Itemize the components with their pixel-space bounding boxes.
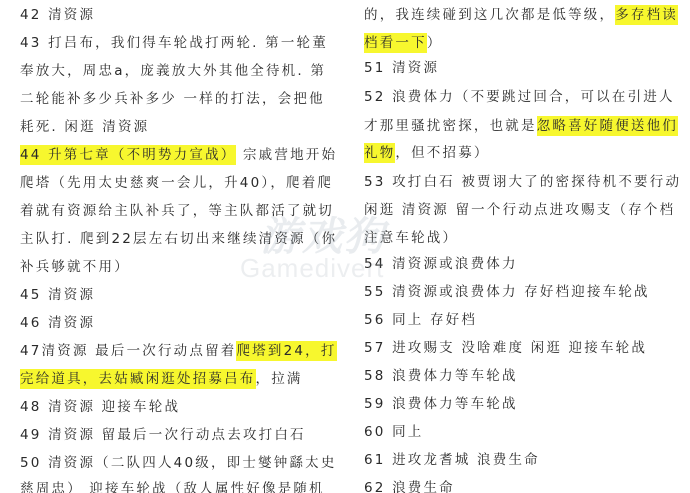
text-segment: 51 清资源 [364, 60, 439, 76]
text-segment: 闲逛 清资源 留一个行动点进攻赐支（存个档 [364, 202, 675, 218]
text-line: 42 清资源 [20, 5, 95, 25]
text-segment: 56 同上 存好档 [364, 312, 477, 328]
text-line: 52 浪费体力（不要跳过回合，可以在引进人 [364, 87, 675, 107]
highlighted-text: 44 升第七章（不明势力宣战） [20, 145, 236, 165]
text-line: 48 清资源 迎接车轮战 [20, 397, 180, 417]
text-segment: 58 浪费体力等车轮战 [364, 368, 518, 384]
text-line: 54 清资源或浪费体力 [364, 254, 518, 274]
highlighted-text: 档看一下 [364, 33, 427, 53]
text-line: 50 清资源（二队四人40级，即士燮钟繇太史 [20, 453, 337, 473]
text-segment: 慈周忠） 迎接车轮战（敌人属性好像是随机 [20, 481, 325, 493]
text-segment: 48 清资源 迎接车轮战 [20, 399, 180, 415]
text-line: 着就有资源给主队补兵了，等主队都活了就切 [20, 201, 334, 221]
text-line: 礼物，但不招募） [364, 143, 490, 163]
highlighted-text: 多存档读 [615, 5, 678, 25]
text-line: 53 攻打白石 被贾诩大了的密探待机不要行动 [364, 172, 681, 192]
text-segment: 50 清资源（二队四人40级，即士燮钟繇太史 [20, 455, 337, 471]
text-segment: 奉放大，周忠a，庞義放大外其他全待机. 第 [20, 63, 326, 79]
text-segment: 补兵够就不用） [20, 259, 130, 275]
text-line: 补兵够就不用） [20, 257, 130, 277]
watermark-text: Gamedivert [240, 253, 384, 284]
text-line: 注意车轮战） [364, 228, 458, 248]
text-segment: ） [427, 35, 443, 51]
text-segment: 宗戚营地开始 [236, 147, 337, 163]
text-line: 61 进攻龙耆城 浪费生命 [364, 450, 540, 470]
text-line: 60 同上 [364, 422, 423, 442]
text-segment: 43 打吕布，我们得车轮战打两轮. 第一轮董 [20, 35, 328, 51]
text-segment: 主队打. 爬到22层左右切出来继续清资源（你 [20, 231, 337, 247]
text-segment: 60 同上 [364, 424, 423, 440]
text-line: 58 浪费体力等车轮战 [364, 366, 518, 386]
text-segment: 57 进攻赐支 没啥难度 闲逛 迎接车轮战 [364, 340, 647, 356]
text-line: 的，我连续碰到这几次都是低等级，多存档读 [364, 5, 678, 25]
text-line: 45 清资源 [20, 285, 95, 305]
text-segment: 54 清资源或浪费体力 [364, 256, 518, 272]
text-segment: 61 进攻龙耆城 浪费生命 [364, 452, 540, 468]
text-segment: 的，我连续碰到这几次都是低等级， [364, 7, 615, 23]
text-segment: 47清资源 最后一次行动点留着 [20, 343, 236, 359]
text-segment: 46 清资源 [20, 315, 95, 331]
text-segment: 42 清资源 [20, 7, 95, 23]
text-line: 完给道具，去姑臧闲逛处招募吕布，拉满 [20, 369, 303, 389]
text-line: 奉放大，周忠a，庞義放大外其他全待机. 第 [20, 61, 326, 81]
document-page: 42 清资源43 打吕布，我们得车轮战打两轮. 第一轮董奉放大，周忠a，庞義放大… [0, 0, 690, 493]
text-line: 爬塔（先用太史慈爽一会儿，升40），爬着爬 [20, 173, 333, 193]
text-line: 闲逛 清资源 留一个行动点进攻赐支（存个档 [364, 200, 675, 220]
text-segment: ，但不招募） [395, 145, 489, 161]
text-line: 才那里骚扰密探，也就是忽略喜好随便送他们 [364, 116, 678, 136]
highlighted-text: 忽略喜好随便送他们 [537, 116, 678, 136]
text-segment: 二轮能补多少兵补多少 一样的打法，会把他 [20, 91, 325, 107]
text-segment: 爬塔（先用太史慈爽一会儿，升40），爬着爬 [20, 175, 333, 191]
text-line: 55 清资源或浪费体力 存好档迎接车轮战 [364, 282, 650, 302]
text-line: 43 打吕布，我们得车轮战打两轮. 第一轮董 [20, 33, 328, 53]
text-line: 57 进攻赐支 没啥难度 闲逛 迎接车轮战 [364, 338, 647, 358]
text-segment: 62 浪费生命 [364, 480, 455, 493]
text-segment: 49 清资源 留最后一次行动点去攻打白石 [20, 427, 306, 443]
text-segment: 才那里骚扰密探，也就是 [364, 118, 537, 134]
highlighted-text: 完给道具，去姑臧闲逛处招募吕布 [20, 369, 256, 389]
text-segment: 着就有资源给主队补兵了，等主队都活了就切 [20, 203, 334, 219]
text-line: 49 清资源 留最后一次行动点去攻打白石 [20, 425, 306, 445]
highlighted-text: 礼物 [364, 143, 395, 163]
text-line: 47清资源 最后一次行动点留着爬塔到24，打 [20, 341, 337, 361]
text-segment: 45 清资源 [20, 287, 95, 303]
text-line: 51 清资源 [364, 58, 439, 78]
text-segment: 耗死. 闲逛 清资源 [20, 119, 149, 135]
text-segment: 52 浪费体力（不要跳过回合，可以在引进人 [364, 89, 675, 105]
text-line: 二轮能补多少兵补多少 一样的打法，会把他 [20, 89, 325, 109]
text-line: 主队打. 爬到22层左右切出来继续清资源（你 [20, 229, 337, 249]
text-line: 46 清资源 [20, 313, 95, 333]
text-line: 59 浪费体力等车轮战 [364, 394, 518, 414]
text-line: 档看一下） [364, 33, 443, 53]
text-segment: 59 浪费体力等车轮战 [364, 396, 518, 412]
text-line: 耗死. 闲逛 清资源 [20, 117, 149, 137]
text-segment: ，拉满 [256, 371, 303, 387]
text-line: 44 升第七章（不明势力宣战） 宗戚营地开始 [20, 145, 337, 165]
text-line: 56 同上 存好档 [364, 310, 477, 330]
text-line: 62 浪费生命 [364, 478, 455, 493]
text-segment: 53 攻打白石 被贾诩大了的密探待机不要行动 [364, 174, 681, 190]
text-segment: 注意车轮战） [364, 230, 458, 246]
highlighted-text: 爬塔到24，打 [236, 341, 336, 361]
text-segment: 55 清资源或浪费体力 存好档迎接车轮战 [364, 284, 650, 300]
text-line: 慈周忠） 迎接车轮战（敌人属性好像是随机 [20, 479, 325, 493]
